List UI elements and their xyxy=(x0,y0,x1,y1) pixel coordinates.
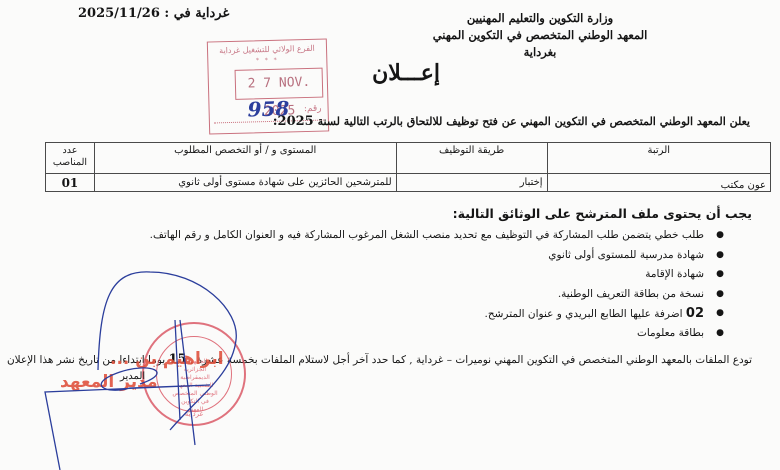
list-item-text: بطاقة معلومات xyxy=(637,327,704,339)
intro-paragraph: يعلن المعهد الوطني المتخصص في التكوين ال… xyxy=(273,114,750,129)
list-item: ● نسخة من بطاقة التعريف الوطنية. xyxy=(150,285,724,305)
intro-year: 2025: xyxy=(273,114,314,129)
footer-text-before: تودع الملفات بالمعهد الوطني المتخصص في ا… xyxy=(190,354,752,366)
list-item-text: نسخة من بطاقة التعريف الوطنية. xyxy=(558,288,704,300)
signer-name-stamp: ابراهيم بن ... xyxy=(110,349,224,369)
header-level: المستوى و / أو التخصص المطلوب xyxy=(94,143,396,174)
stamp-decoration: * * * xyxy=(208,55,326,65)
stamp-date: 2 7 NOV. 2025 xyxy=(235,68,324,100)
stamp-office: الفرع الولائي للتشغيل غرداية xyxy=(208,43,326,55)
list-item-text: شهادة مدرسية للمستوى أولى ثانوي xyxy=(548,249,704,261)
cell-method: إختبار xyxy=(396,174,547,192)
header-method: طريقة التوظيف xyxy=(396,143,547,174)
table-header-row: الرتبة طريقة التوظيف المستوى و / أو التخ… xyxy=(46,143,771,174)
list-item: ● بطاقة معلومات xyxy=(150,324,724,344)
list-item: ● طلب خطي يتضمن طلب المشاركة في التوظيف … xyxy=(150,226,724,246)
list-item-number: 02 xyxy=(686,306,704,321)
list-item: ● شهادة الإقامة xyxy=(150,265,724,285)
list-item-text: شهادة الإقامة xyxy=(645,268,704,280)
header-rank: الرتبة xyxy=(547,143,770,174)
institute-line: المعهد الوطني المتخصص في التكوين المهني xyxy=(420,27,660,44)
list-item: ● 02 اضرفة عليها الطابع البريدي و عنوان … xyxy=(150,304,724,324)
bullet-icon: ● xyxy=(716,246,724,266)
dateline-date: 2025/11/26 xyxy=(78,6,160,21)
table-row: عون مكتب إختبار للمترشحين الحائزين على ش… xyxy=(46,174,771,192)
cell-rank: عون مكتب xyxy=(547,174,770,192)
intro-text: يعلن المعهد الوطني المتخصص في التكوين ال… xyxy=(318,115,750,128)
header-count-line1: عدد xyxy=(50,145,90,157)
stamp-number-label: رقم: xyxy=(304,104,322,114)
official-seal: الجمهورية الجزائرية الديمقراطية الشعبية … xyxy=(142,322,246,426)
signer-role: المدير xyxy=(120,371,145,382)
list-item-text: اضرفة عليها الطابع البريدي و عنوان المتر… xyxy=(485,308,683,320)
bullet-icon: ● xyxy=(716,285,724,305)
list-item: ● شهادة مدرسية للمستوى أولى ثانوي xyxy=(150,246,724,266)
cell-count: 01 xyxy=(46,174,95,192)
list-item-text: طلب خطي يتضمن طلب المشاركة في التوظيف مع… xyxy=(150,229,704,241)
header-count: عدد المناصب xyxy=(46,143,95,174)
bullet-icon: ● xyxy=(716,324,724,344)
page-title: إعـــلان xyxy=(380,60,440,86)
cell-level: للمترشحين الحائزين على شهادة مستوى أولى … xyxy=(94,174,396,192)
ministry-header: وزارة التكوين والتعليم المهنيين المعهد ا… xyxy=(420,10,660,61)
dateline: غرداية في : 2025/11/26 xyxy=(78,6,229,21)
requirements-heading: يجب أن يحتوى ملف المترشح على الوثائق الت… xyxy=(453,206,752,221)
positions-table: الرتبة طريقة التوظيف المستوى و / أو التخ… xyxy=(45,142,771,192)
requirements-list: ● طلب خطي يتضمن طلب المشاركة في التوظيف … xyxy=(150,226,724,343)
ministry-line: وزارة التكوين والتعليم المهنيين xyxy=(420,10,660,27)
city-line: بغرداية xyxy=(420,44,660,61)
dateline-label: غرداية في : xyxy=(164,6,229,21)
seal-city: غرداية xyxy=(174,410,214,418)
header-count-line2: المناصب xyxy=(50,157,90,169)
bullet-icon: ● xyxy=(716,226,724,246)
bullet-icon: ● xyxy=(716,304,724,324)
bullet-icon: ● xyxy=(716,265,724,285)
